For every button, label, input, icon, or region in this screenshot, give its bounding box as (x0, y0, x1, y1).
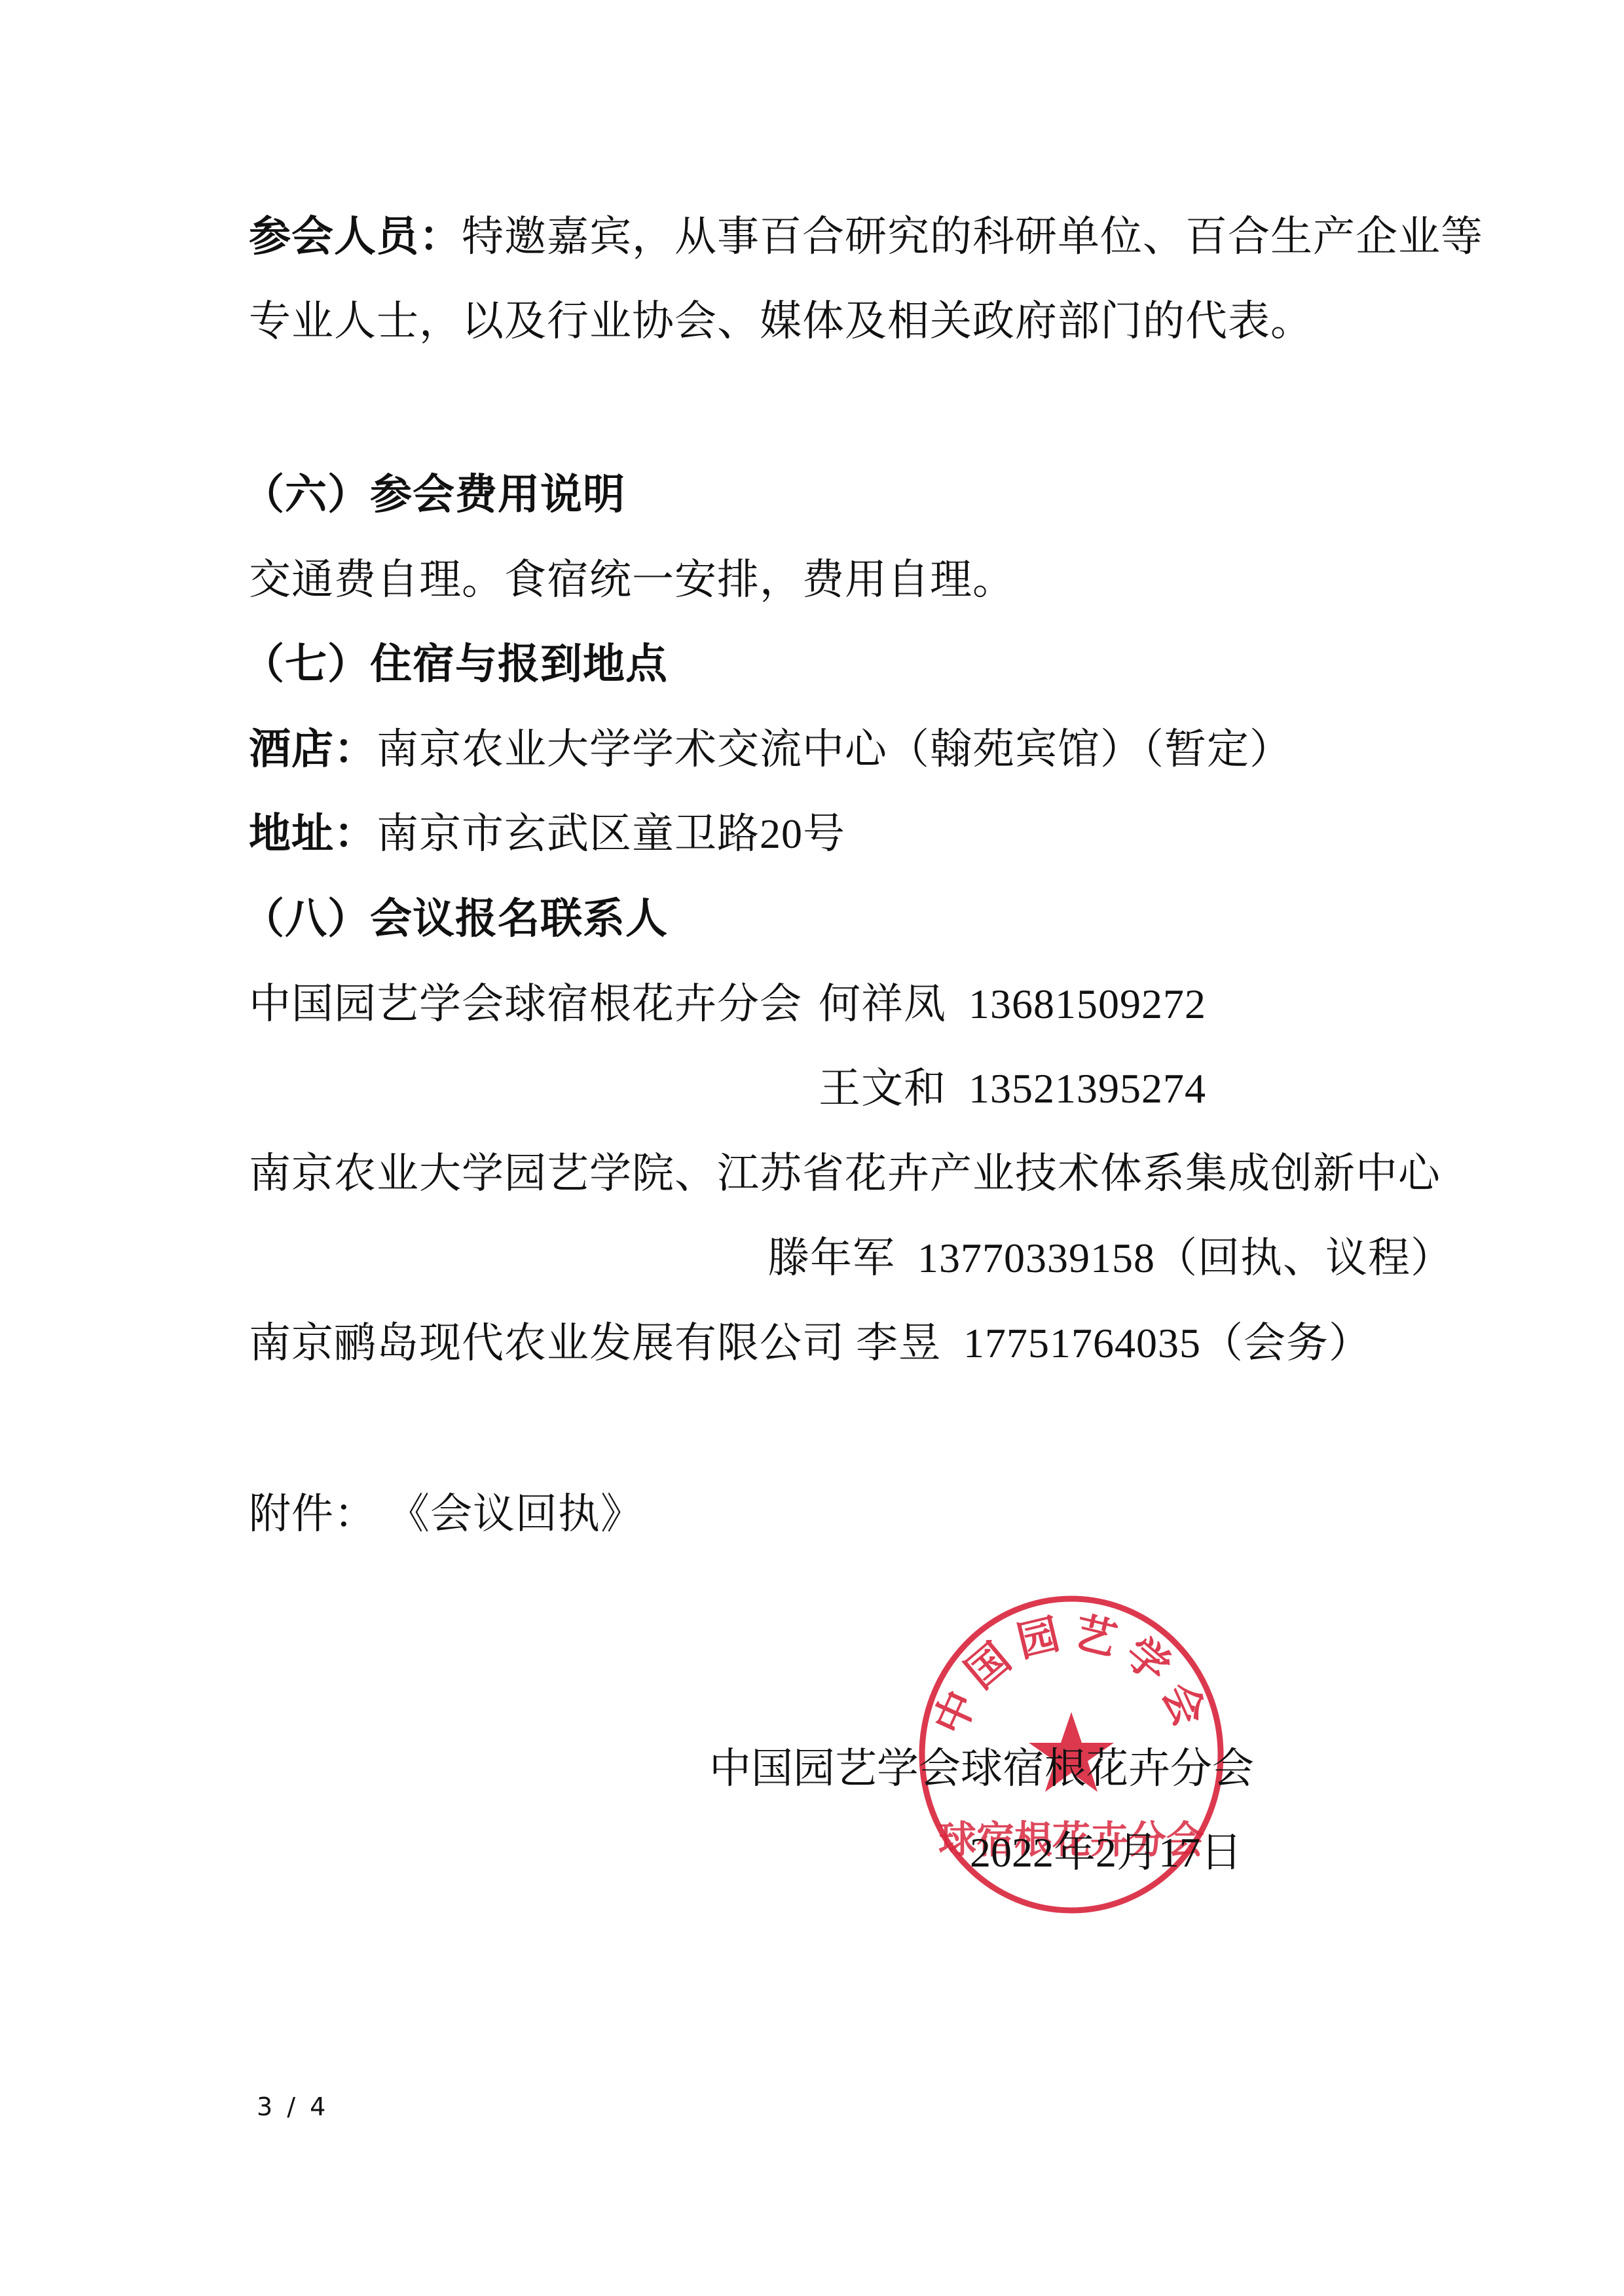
hotel-value: 南京农业大学学术交流中心（翰苑宾馆）（暂定） (377, 726, 1292, 773)
contact-name: 滕年军 (767, 1235, 895, 1281)
attendees-line-1: 参会人员：特邀嘉宾，从事百合研究的科研单位、百合生产企业等 (249, 211, 1483, 263)
contact-note: （会务） (1201, 1320, 1371, 1366)
contact-person-4: 滕年军 13770339158（回执、议程） (767, 1232, 1453, 1285)
contact-row-3: 南京农业大学园艺学院、江苏省花卉产业技术体系集成创新中心 (249, 1148, 1441, 1200)
fees-text: 交通费自理。食宿统一安排，费用自理。 (249, 554, 1015, 606)
lodging-heading: （七）住宿与报到地点 (242, 638, 668, 691)
contact-row-1: 中国园艺学会球宿根花卉分会 (249, 978, 802, 1030)
contact-phone: 13681509272 (969, 981, 1206, 1027)
signature-org: 中国园艺学会球宿根花卉分会 (709, 1743, 1254, 1795)
contacts-heading: （八）会议报名联系人 (242, 893, 668, 945)
contact-org: 南京农业大学园艺学院、江苏省花卉产业技术体系集成创新中心 (249, 1150, 1441, 1197)
attendees-text-1: 特邀嘉宾，从事百合研究的科研单位、百合生产企业等 (462, 213, 1483, 260)
hotel-label: 酒店： (249, 726, 377, 773)
contact-name: 王文和 (819, 1065, 946, 1112)
fees-heading: （六）参会费用说明 (242, 469, 625, 521)
contact-person-2: 王文和 13521395274 (819, 1063, 1206, 1115)
signature-date: 2022年2月17日 (970, 1827, 1242, 1879)
hotel-line: 酒店：南京农业大学学术交流中心（翰苑宾馆）（暂定） (249, 723, 1292, 776)
attachment-line: 附件： 《会议回执》 (249, 1488, 643, 1540)
contact-phone: 13770339158 (917, 1235, 1155, 1281)
attendees-line-2: 专业人士，以及行业协会、媒体及相关政府部门的代表。 (249, 295, 1313, 348)
contact-org: 南京鹂岛现代农业发展有限公司 (249, 1320, 845, 1366)
address-line: 地址：南京市玄武区童卫路20号 (249, 808, 845, 860)
contact-name: 李昱 (856, 1320, 941, 1366)
contact-phone: 17751764035 (963, 1320, 1201, 1366)
page-number: 3 / 4 (257, 2092, 325, 2121)
contact-person-1: 何祥凤 13681509272 (819, 978, 1206, 1030)
contact-name: 何祥凤 (819, 981, 946, 1027)
address-label: 地址： (249, 811, 377, 857)
contact-org: 中国园艺学会球宿根花卉分会 (249, 981, 802, 1027)
contact-row-5: 南京鹂岛现代农业发展有限公司 李昱 17751764035（会务） (249, 1317, 1371, 1370)
contact-phone: 13521395274 (969, 1065, 1206, 1112)
attachment-label: 附件： (249, 1491, 377, 1537)
attachment-link[interactable]: 《会议回执》 (388, 1491, 643, 1537)
attendees-label: 参会人员： (249, 213, 462, 260)
address-value: 南京市玄武区童卫路20号 (377, 811, 845, 857)
contact-note: （回执、议程） (1155, 1235, 1453, 1281)
